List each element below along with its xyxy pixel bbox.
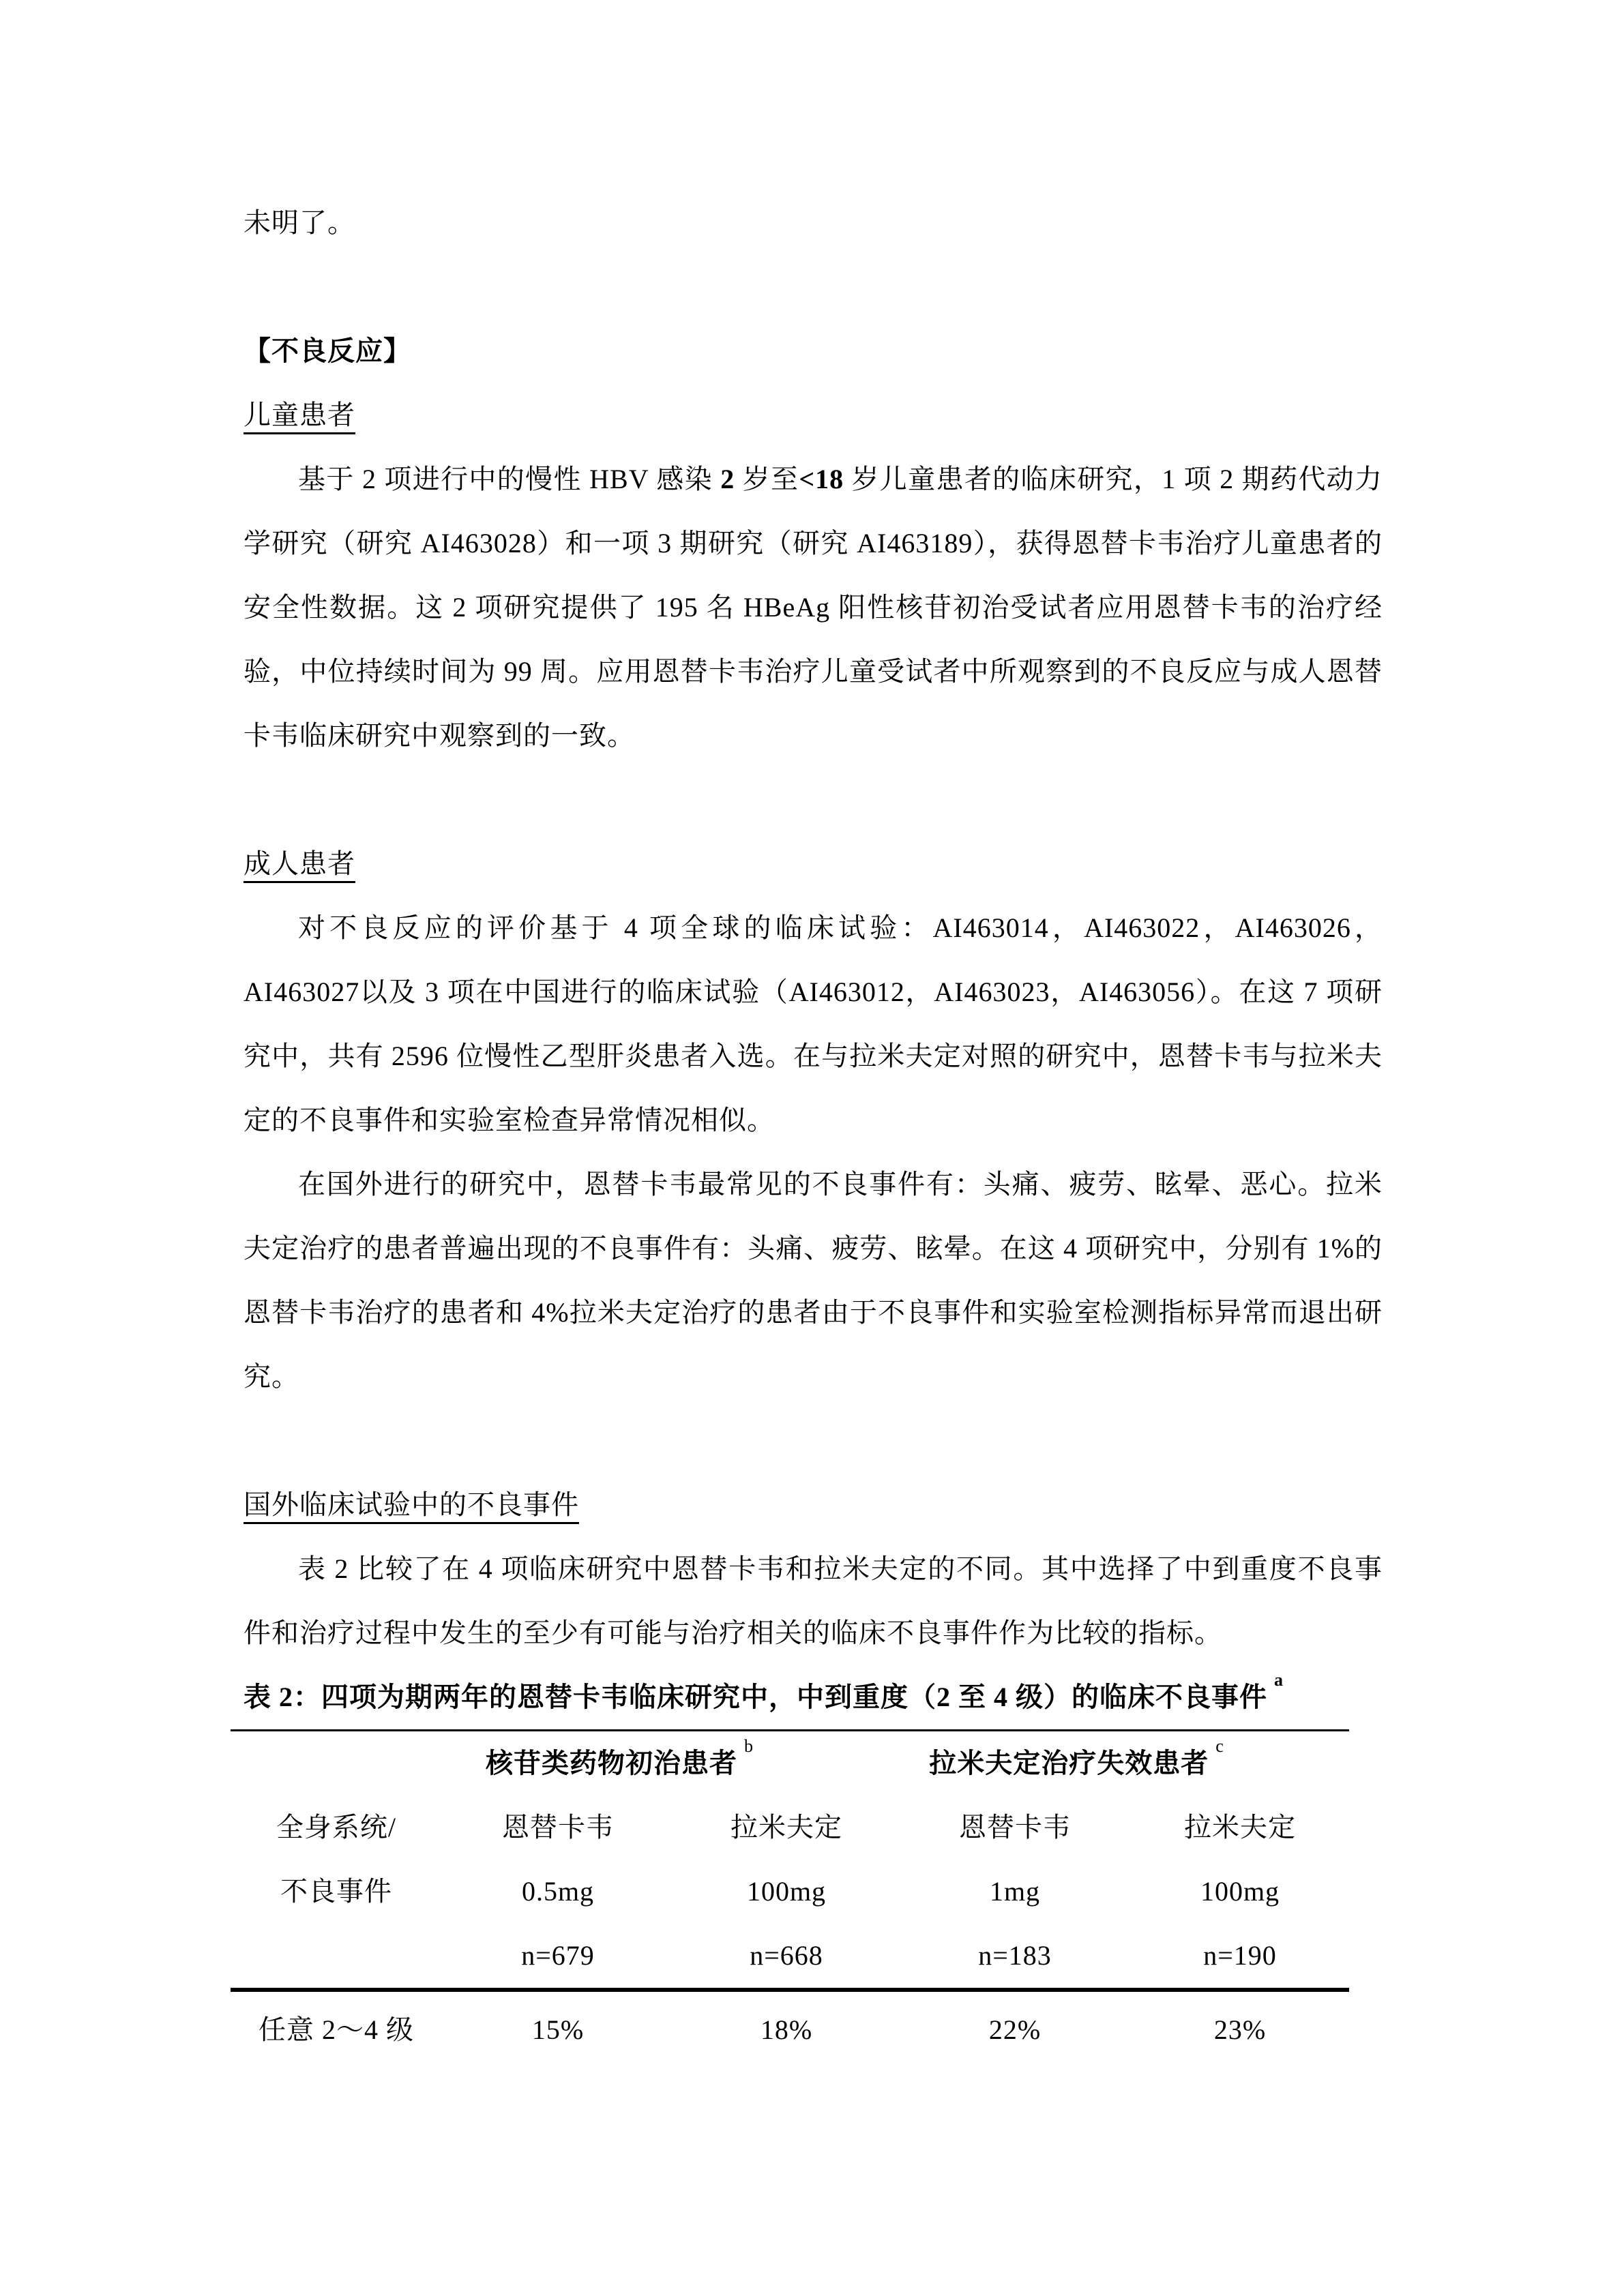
group-header-lamivudine-refractory-label: 拉米夫定治疗失效患者 <box>929 1748 1209 1778</box>
value-lamivudine-naive: 18% <box>674 1990 899 2068</box>
n-entecavir-naive: n=679 <box>442 1924 674 1990</box>
table2-n-row: n=679 n=668 n=183 n=190 <box>231 1924 1349 1990</box>
table2-caption-footnote-a: a <box>1274 1670 1283 1690</box>
n-entecavir-refractory: n=183 <box>899 1924 1131 1990</box>
heading-pediatric-patients: 儿童患者 <box>243 383 1383 447</box>
document-content: 未明了。 【不良反应】 儿童患者 基于 2 项进行中的慢性 HBV 感染 2 岁… <box>243 191 1383 2068</box>
group-header-footnote-b: b <box>744 1736 753 1756</box>
document-page: 未明了。 【不良反应】 儿童患者 基于 2 项进行中的慢性 HBV 感染 2 岁… <box>0 0 1624 2296</box>
table2-drug-row: 全身系统/ 恩替卡韦 拉米夫定 恩替卡韦 拉米夫定 <box>231 1795 1349 1860</box>
value-lamivudine-refractory: 23% <box>1131 1990 1349 2068</box>
paragraph-pediatric-run2-bold: 2 <box>720 464 735 494</box>
table2-group-header-row: 核苷类药物初治患者b 拉米夫定治疗失效患者c <box>231 1731 1349 1796</box>
paragraph-adult-trials: 对不良反应的评价基于 4 项全球的临床试验：AI463014，AI463022，… <box>243 896 1383 1152</box>
table2-dose-row: 不良事件 0.5mg 100mg 1mg 100mg <box>231 1860 1349 1924</box>
drug-header-lamivudine-refractory: 拉米夫定 <box>1131 1795 1349 1860</box>
paragraph-pediatric-run3: 岁至 <box>735 464 799 494</box>
dose-lamivudine-naive: 100mg <box>674 1860 899 1924</box>
dose-entecavir-refractory: 1mg <box>899 1860 1131 1924</box>
empty-cell <box>231 1924 442 1990</box>
drug-header-entecavir-refractory: 恩替卡韦 <box>899 1795 1131 1860</box>
blank-line <box>243 768 1383 832</box>
value-entecavir-refractory: 22% <box>899 1990 1131 2068</box>
group-header-lamivudine-refractory: 拉米夫定治疗失效患者c <box>899 1731 1349 1796</box>
heading-foreign-trials: 国外临床试验中的不良事件 <box>243 1473 1383 1537</box>
row-header-adverse-event: 不良事件 <box>231 1860 442 1924</box>
value-entecavir-naive: 15% <box>442 1990 674 2068</box>
group-header-nucleoside-naive: 核苷类药物初治患者b <box>442 1731 899 1796</box>
paragraph-adult-events: 在国外进行的研究中，恩替卡韦最常见的不良事件有：头痛、疲劳、眩晕、恶心。拉米夫定… <box>243 1152 1383 1409</box>
group-header-footnote-c: c <box>1215 1736 1224 1756</box>
leftover-paragraph-line: 未明了。 <box>243 191 1383 255</box>
table2-adverse-events: 核苷类药物初治患者b 拉米夫定治疗失效患者c 全身系统/ 恩替卡韦 拉米夫定 恩… <box>231 1729 1349 2068</box>
section-title-adverse-reactions: 【不良反应】 <box>243 319 1383 383</box>
heading-adult-patients: 成人患者 <box>243 832 1383 896</box>
dose-lamivudine-refractory: 100mg <box>1131 1860 1349 1924</box>
paragraph-pediatric-run5: 岁儿童患者的临床研究，1 项 2 期药代动力学研究（研究 AI463028）和一… <box>243 464 1383 751</box>
row-header-body-system: 全身系统/ <box>231 1795 442 1860</box>
drug-header-lamivudine-naive: 拉米夫定 <box>674 1795 899 1860</box>
n-lamivudine-refractory: n=190 <box>1131 1924 1349 1990</box>
group-header-lamivudine-refractory-inner: 拉米夫定治疗失效患者c <box>929 1731 1224 1795</box>
paragraph-pediatric-run4-bold: <18 <box>799 464 844 494</box>
paragraph-table-intro: 表 2 比较了在 4 项临床研究中恩替卡韦和拉米夫定的不同。其中选择了中到重度不… <box>243 1537 1383 1665</box>
blank-line <box>243 1409 1383 1473</box>
group-header-nucleoside-naive-inner: 核苷类药物初治患者b <box>486 1731 753 1795</box>
table2-caption-text: 表 2：四项为期两年的恩替卡韦临床研究中，中到重度（2 至 4 级）的临床不良事… <box>243 1682 1267 1712</box>
group-header-nucleoside-naive-label: 核苷类药物初治患者 <box>486 1748 737 1778</box>
data-row-label: 任意 2～4 级 <box>231 1990 442 2068</box>
table2-data-row-any-grade: 任意 2～4 级 15% 18% 22% 23% <box>231 1990 1349 2068</box>
dose-entecavir-naive: 0.5mg <box>442 1860 674 1924</box>
drug-header-entecavir-naive: 恩替卡韦 <box>442 1795 674 1860</box>
n-lamivudine-naive: n=668 <box>674 1924 899 1990</box>
empty-cell <box>231 1731 442 1796</box>
paragraph-pediatric: 基于 2 项进行中的慢性 HBV 感染 2 岁至<18 岁儿童患者的临床研究，1… <box>243 447 1383 768</box>
table2-caption: 表 2：四项为期两年的恩替卡韦临床研究中，中到重度（2 至 4 级）的临床不良事… <box>243 1665 1383 1729</box>
blank-line <box>243 255 1383 319</box>
paragraph-pediatric-run1: 基于 2 项进行中的慢性 HBV 感染 <box>298 464 720 494</box>
